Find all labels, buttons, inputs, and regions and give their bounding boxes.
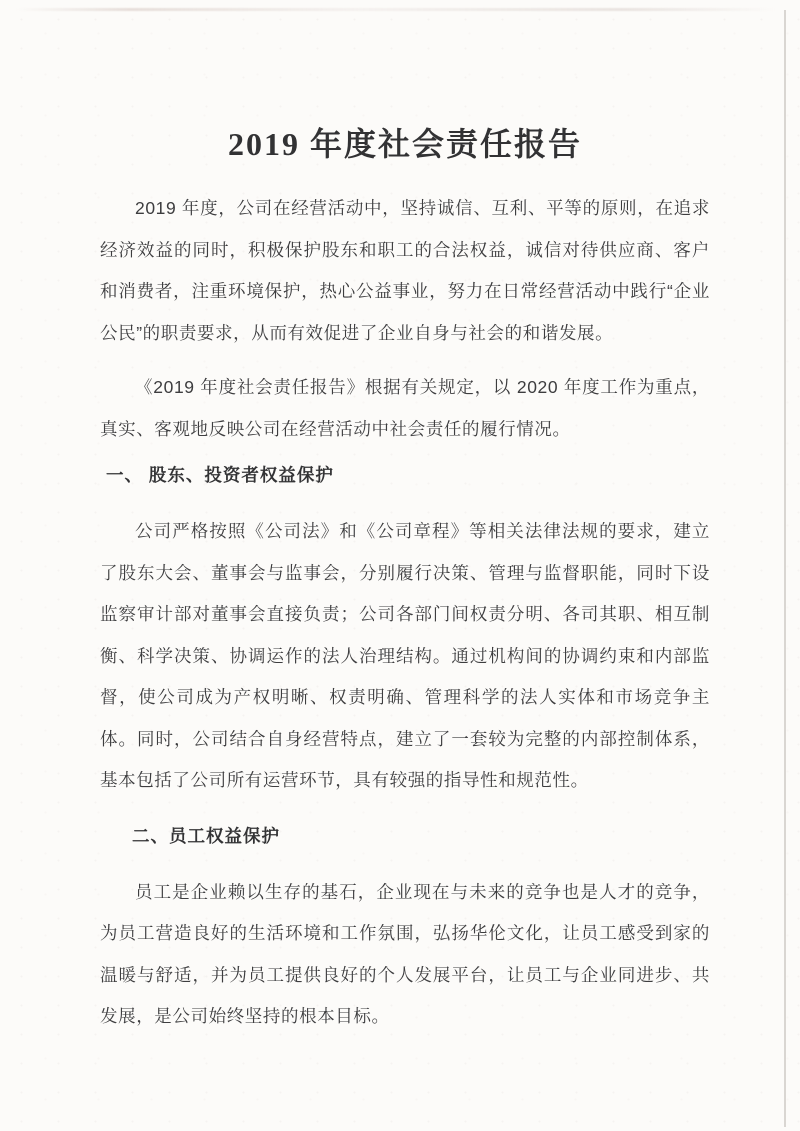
scanned-document-page: 2019 年度社会责任报告 2019 年度，公司在经营活动中，坚持诚信、互利、平… bbox=[0, 0, 800, 1131]
document-content: 2019 年度社会责任报告 2019 年度，公司在经营活动中，坚持诚信、互利、平… bbox=[0, 0, 800, 1038]
section-2-body: 员工是企业赖以生存的基石，企业现在与未来的竞争也是人才的竞争，为员工营造良好的生… bbox=[100, 872, 710, 1038]
section-1-heading: 一、 股东、投资者权益保护 bbox=[106, 463, 710, 487]
section-2-heading: 二、员工权益保护 bbox=[132, 824, 710, 848]
intro-paragraph-1: 2019 年度，公司在经营活动中，坚持诚信、互利、平等的原则，在追求经济效益的同… bbox=[100, 188, 710, 354]
document-title: 2019 年度社会责任报告 bbox=[100, 122, 710, 166]
section-1-body: 公司严格按照《公司法》和《公司章程》等相关法律法规的要求，建立了股东大会、董事会… bbox=[100, 511, 710, 802]
intro-paragraph-2: 《2019 年度社会责任报告》根据有关规定，以 2020 年度工作为重点，真实、… bbox=[100, 367, 710, 450]
